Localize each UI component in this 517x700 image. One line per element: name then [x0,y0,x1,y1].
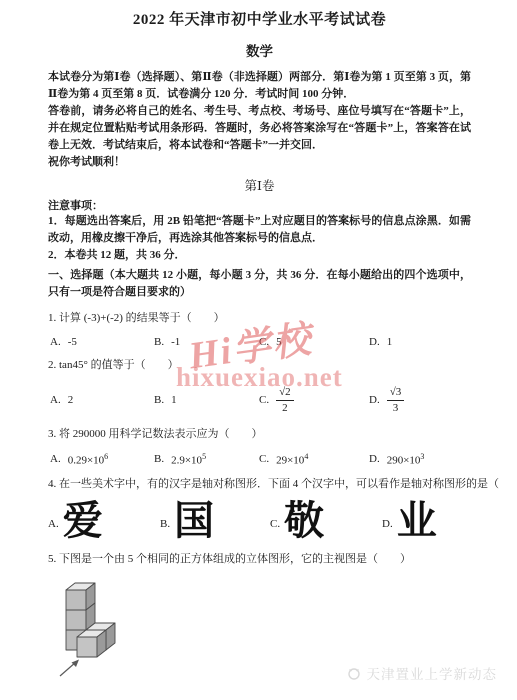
option-c-value: 5 [276,336,282,348]
footer-watermark-text: 天津置业上学新动态 [367,663,498,683]
option-c: C. 29×104 [259,452,369,467]
intro-paragraph-1: 本试卷分为第Ⅰ卷（选择题）、第Ⅱ卷（非选择题）两部分．第Ⅰ卷为第 1 页至第 3… [48,69,471,103]
question-2-stem: 2. tan45° 的值等于（ ） [48,358,471,373]
option-c: C. 5 [259,336,369,348]
option-d-label: D. [369,336,380,348]
intro-paragraph-2: 答卷前，请务必将自己的姓名、考生号、考点校、考场号、座位号填写在“答题卡”上，并… [48,103,471,154]
option-d-value: 290×103 [387,452,425,467]
option-a-label: A. [50,394,61,406]
question-3-options: A. 0.29×106 B. 2.9×105 C. 29×104 D. 290×… [50,452,471,467]
option-b-label: B. [160,518,170,530]
fraction-denominator: 2 [276,401,294,415]
note-2: 2．本卷共 12 题，共 36 分． [48,247,471,264]
question-3-stem: 3. 将 290000 用科学记数法表示应为（ ） [48,427,471,442]
question-1-stem: 1. 计算 (-3)+(-2) 的结果等于（ ） [48,311,471,326]
question-2-options: A. 2 B. 1 C. √2 2 D. √3 3 [50,383,471,417]
page-title: 2022 年天津市初中学业水平考试试卷 [48,8,471,29]
option-d-value: 1 [387,336,393,348]
option-a-label: A. [50,453,61,465]
note-1: 1．每题选出答案后，用 2B 铅笔把“答题卡”上对应题目的答案标号的信息点涂黑．… [48,213,471,247]
exam-paper-page: 2022 年天津市初中学业水平考试试卷 数学 本试卷分为第Ⅰ卷（选择题）、第Ⅱ卷… [0,0,517,700]
option-a-label: A. [50,336,61,348]
footer-watermark: 天津置业上学新动态 [346,663,498,683]
option-d-label: D. [382,518,393,530]
exponent: 3 [420,452,424,461]
option-a-label: A. [48,518,59,530]
option-c: C. 敬 [270,500,382,542]
section-1-title: 第Ⅰ卷 [48,176,471,194]
option-c-label: C. [259,336,269,348]
option-b-value: -1 [171,336,180,348]
option-b: B. 1 [154,394,259,406]
option-b-value: 1 [171,394,177,406]
option-b-label: B. [154,336,164,348]
option-d: D. √3 3 [369,386,471,415]
option-c-character: 敬 [284,500,324,542]
option-d: D. 1 [369,336,471,348]
fraction-numerator: √2 [276,386,294,401]
notes-title: 注意事项： [48,197,471,213]
question-4-options: A. 爱 B. 国 C. 敬 D. 业 [48,500,471,542]
option-a: A. 2 [50,394,154,406]
option-a-value: 2 [68,394,74,406]
option-d-label: D. [369,394,380,406]
option-a-value: 0.29×106 [68,452,108,467]
five-cubes-figure [56,575,166,680]
intro-paragraph-3: 祝你考试顺利！ [48,154,471,171]
option-c-fraction: √2 2 [276,386,294,415]
question-4-stem: 4. 在一些美术字中，有的汉字是轴对称图形．下面 4 个汉字中，可以看作是轴对称… [48,477,471,492]
option-a-value: -5 [68,336,77,348]
option-b-label: B. [154,394,164,406]
subject-title: 数学 [48,40,471,60]
option-d: D. 业 [382,500,471,542]
fraction-numerator: √3 [387,386,405,401]
exponent: 5 [202,452,206,461]
fraction-denominator: 3 [387,401,405,415]
question-5-stem: 5. 下图是一个由 5 个相同的正方体组成的立体图形，它的主视图是（ ） [48,552,471,567]
option-b: B. -1 [154,336,259,348]
option-b-character: 国 [174,500,214,542]
option-a-character: 爱 [63,500,103,542]
exponent: 6 [104,452,108,461]
option-a: A. 爱 [48,500,160,542]
option-c-label: C. [259,394,269,406]
option-d: D. 290×103 [369,452,471,467]
view-direction-arrow [60,659,79,676]
option-b: B. 国 [160,500,270,542]
choice-section-heading: 一、选择题（本大题共 12 小题，每小题 3 分，共 36 分．在每小题给出的四… [48,267,471,301]
exam-instructions: 本试卷分为第Ⅰ卷（选择题）、第Ⅱ卷（非选择题）两部分．第Ⅰ卷为第 1 页至第 3… [48,69,471,171]
exponent: 4 [304,452,308,461]
option-b-label: B. [154,453,164,465]
option-b-value: 2.9×105 [171,452,206,467]
page-content: 2022 年天津市初中学业水平考试试卷 数学 本试卷分为第Ⅰ卷（选择题）、第Ⅱ卷… [0,8,517,685]
option-a: A. 0.29×106 [50,452,154,467]
option-d-label: D. [369,453,380,465]
option-c-label: C. [270,518,280,530]
option-d-character: 业 [397,500,437,542]
option-c: C. √2 2 [259,386,369,415]
option-d-fraction: √3 3 [387,386,405,415]
option-c-value: 29×104 [276,452,308,467]
footer-logo-icon [346,665,362,681]
option-b: B. 2.9×105 [154,452,259,467]
option-c-label: C. [259,453,269,465]
option-a: A. -5 [50,336,154,348]
question-1-options: A. -5 B. -1 C. 5 D. 1 [50,336,471,348]
